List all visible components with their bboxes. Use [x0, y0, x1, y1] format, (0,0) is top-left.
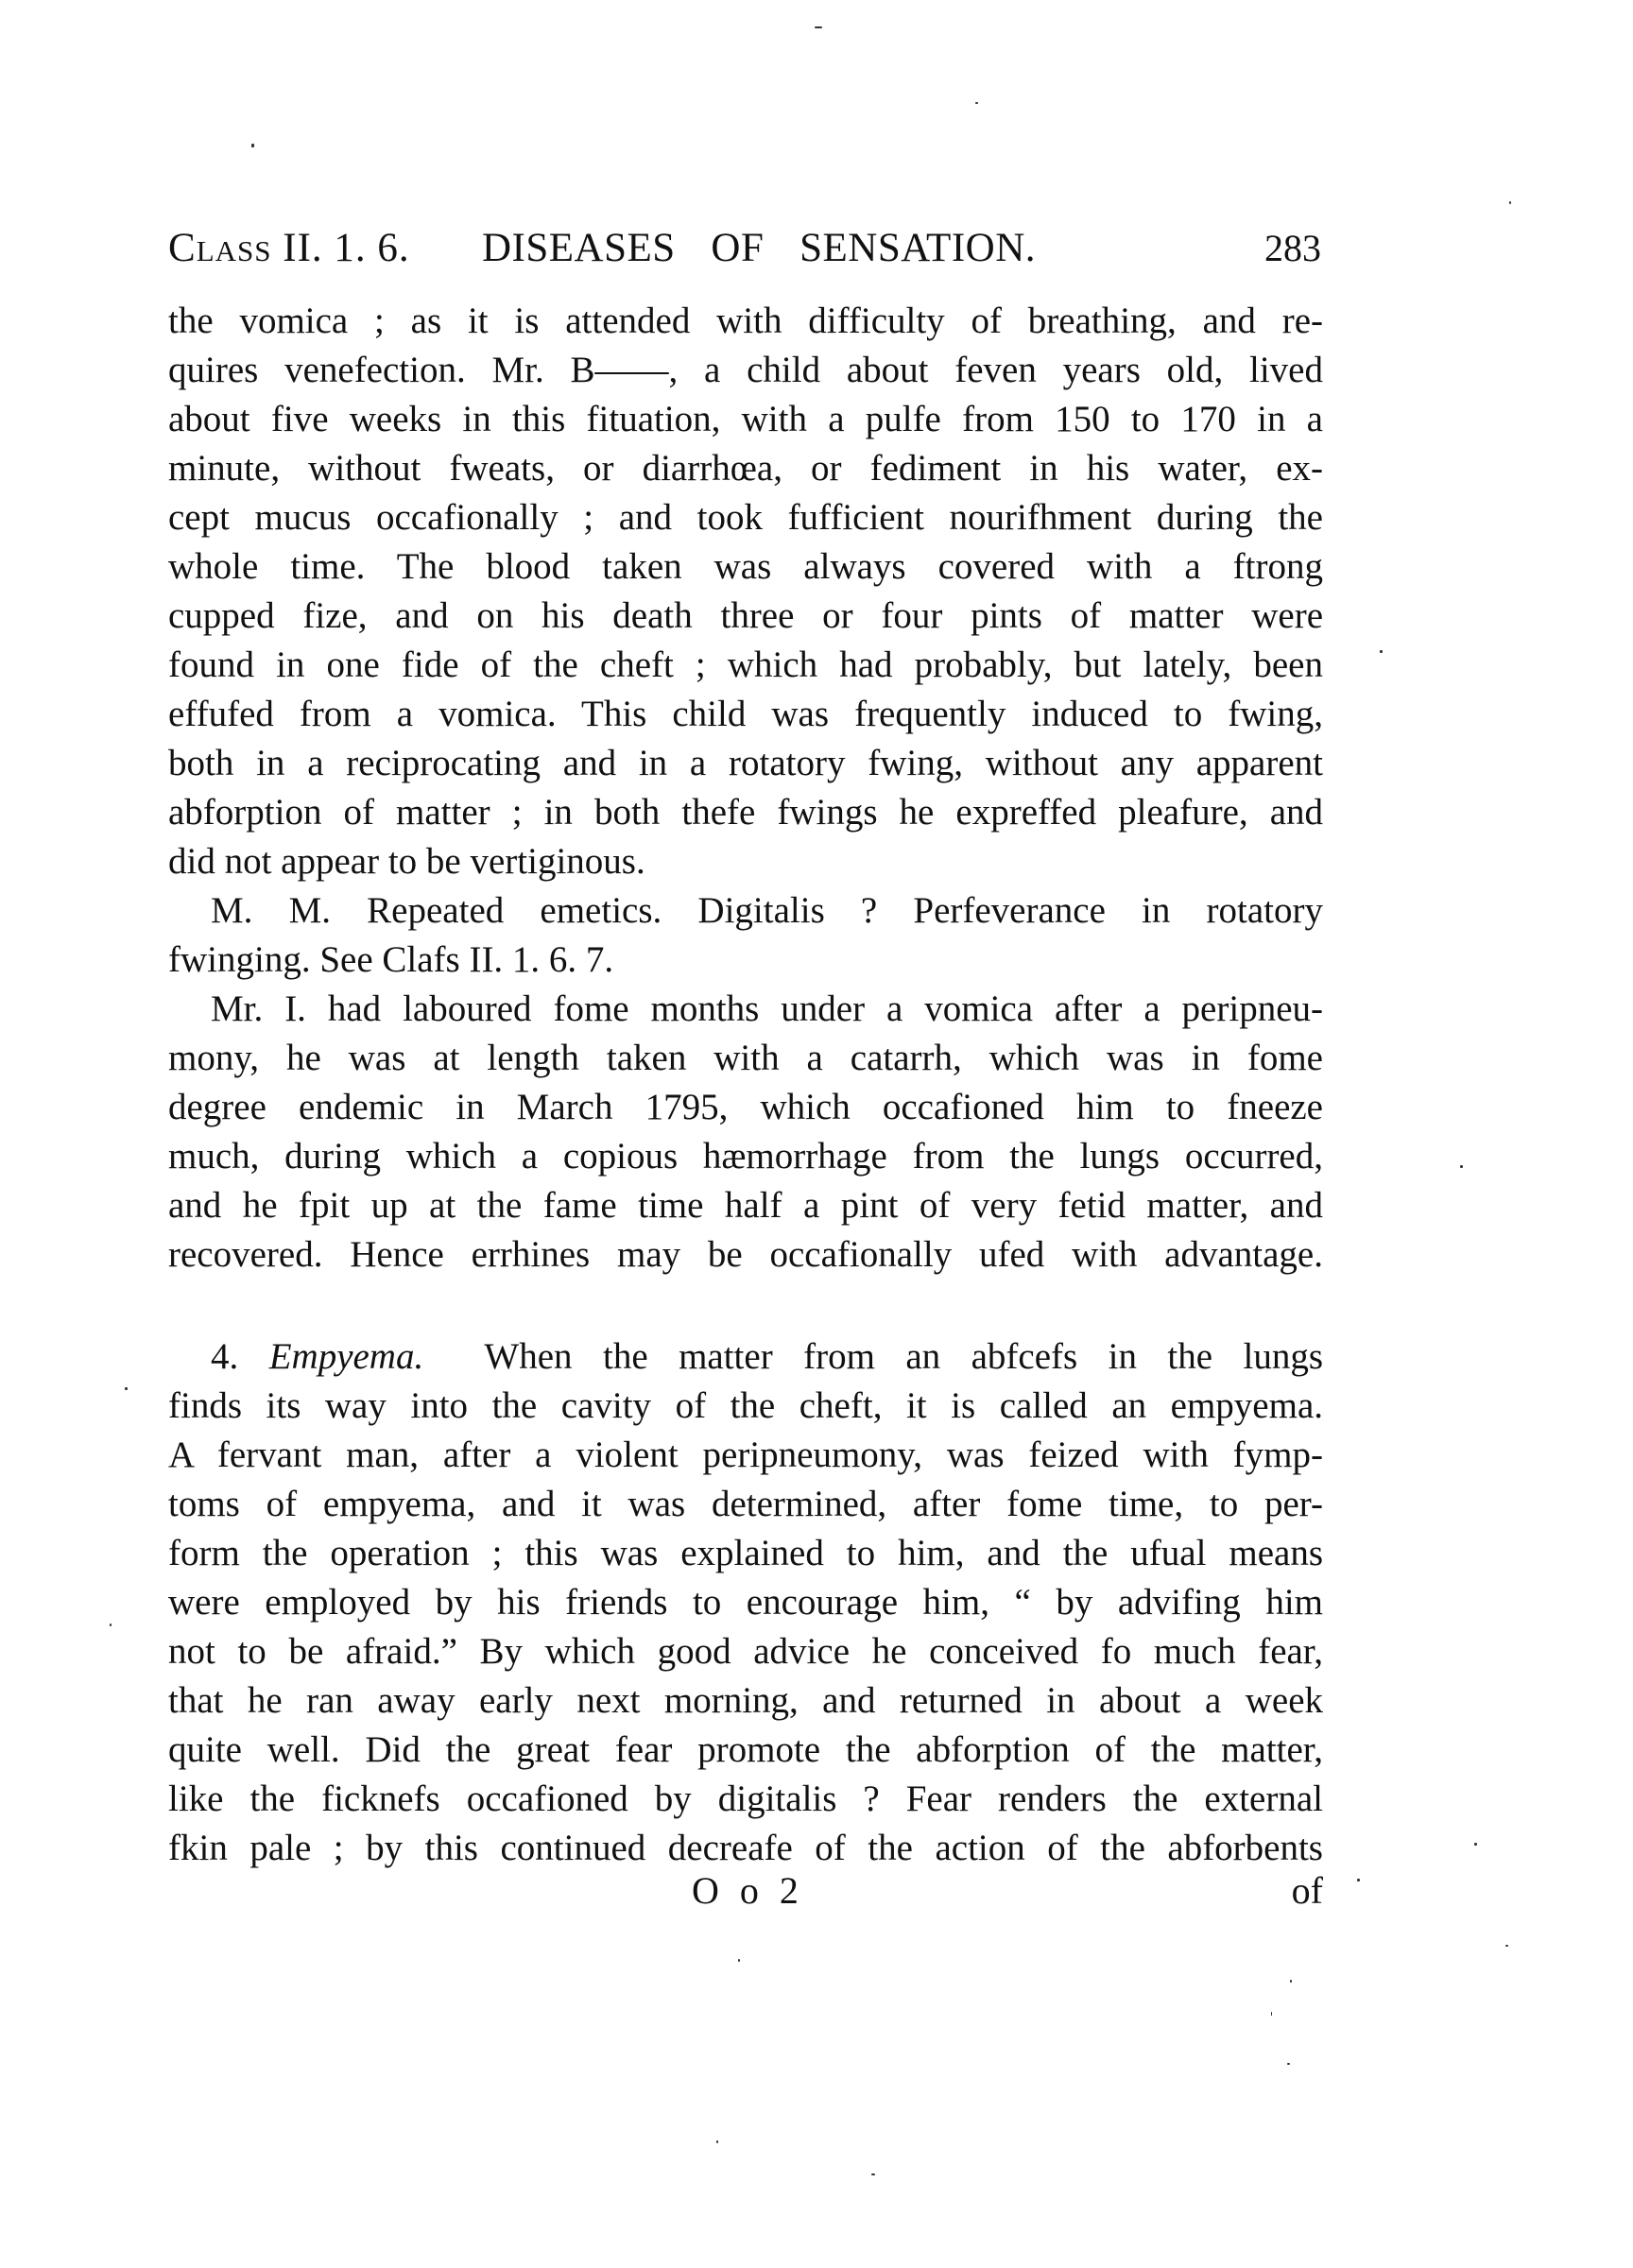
book-page: CLASS II. 1. 6. DISEASES OF SENSATION. 2… — [0, 0, 1633, 2268]
text-line: whole time. The blood taken was always c… — [168, 542, 1323, 592]
scan-speck — [871, 2173, 875, 2175]
text-line: the vomica ; as it is attended with diff… — [168, 297, 1323, 346]
text-line: recovered. Hence errhines may be occafio… — [168, 1230, 1323, 1280]
scan-speck — [1380, 650, 1383, 653]
text-line: finds its way into the cavity of the che… — [168, 1382, 1323, 1431]
text-line: like the ficknefs occafioned by digitali… — [168, 1775, 1323, 1824]
text-line: abforption of matter ; in both thefe fwi… — [168, 788, 1323, 837]
scan-speck — [738, 1959, 740, 1962]
scan-speck — [1460, 1165, 1463, 1168]
section-prefix-smallcaps: LASS — [197, 234, 272, 267]
section-prefix-capital: C — [168, 226, 197, 270]
text-line: that he ran away early next morning, and… — [168, 1676, 1323, 1726]
text-line: toms of empyema, and it was determined, … — [168, 1480, 1323, 1529]
text-line: quite well. Did the great fear promote t… — [168, 1726, 1323, 1775]
text-line: both in a reciprocating and in a rotator… — [168, 739, 1323, 788]
scan-speck — [975, 102, 978, 104]
section-number: II. 1. 6. — [272, 226, 410, 270]
scan-speck — [716, 2140, 718, 2143]
scan-speck — [1474, 1843, 1477, 1846]
scan-speck — [125, 1387, 128, 1390]
text-line: mony, he was at length taken with a cata… — [168, 1034, 1323, 1083]
text-line: minute, without fweats, or diarrhœa, or … — [168, 444, 1323, 493]
text-line: and he fpit up at the fame time half a p… — [168, 1181, 1323, 1230]
text-line: effufed from a vomica. This child was fr… — [168, 690, 1323, 739]
running-head: CLASS II. 1. 6. DISEASES OF SENSATION. 2… — [168, 225, 1323, 272]
section-number: 4. — [211, 1336, 238, 1377]
scan-speck — [1287, 2063, 1290, 2065]
text-line: were employed by his friends to encourag… — [168, 1578, 1323, 1627]
text-line: fwinging. See Clafs II. 1. 6. 7. — [168, 936, 1323, 985]
scan-speck — [1290, 1980, 1292, 1983]
catchword: of — [1292, 1867, 1323, 1915]
section-term: Empyema. — [269, 1336, 424, 1377]
section-heading-line: 4. Empyema. When the matter from an abfc… — [211, 1332, 1323, 1382]
text-line: found in one fide of the cheft ; which h… — [168, 641, 1323, 690]
text-line: M. M. Repeated emetics. Digitalis ? Perf… — [211, 886, 1323, 936]
text-line: cupped fize, and on his death three or f… — [168, 592, 1323, 641]
scan-speck — [1509, 201, 1511, 204]
signature-mark: O o 2 — [692, 1867, 804, 1915]
scan-speck — [1271, 2012, 1272, 2016]
scan-speck — [815, 26, 822, 28]
text-line: A fervant man, after a violent peripneum… — [168, 1431, 1323, 1480]
text-line: about five weeks in this fituation, with… — [168, 395, 1323, 444]
text-line: degree endemic in March 1795, which occa… — [168, 1083, 1323, 1132]
text-line: cept mucus occafionally ; and took fuffi… — [168, 493, 1323, 542]
text-line: quires venefection. Mr. B——, a child abo… — [168, 346, 1323, 395]
text-line: form the operation ; this was explained … — [168, 1529, 1323, 1578]
text-line: fkin pale ; by this continued decreafe o… — [168, 1824, 1323, 1873]
text-line: Mr. I. had laboured fome months under a … — [211, 985, 1323, 1034]
running-head-section: CLASS II. 1. 6. — [168, 225, 410, 275]
running-head-title: DISEASES OF SENSATION. — [482, 225, 1036, 272]
scan-speck — [110, 1624, 112, 1626]
scan-speck — [1357, 1879, 1360, 1881]
scan-speck — [251, 144, 254, 147]
scan-speck — [1505, 1945, 1508, 1947]
text-line: much, during which a copious hæmorrhage … — [168, 1132, 1323, 1181]
text-run: When the matter from an abfcefs in the l… — [484, 1336, 1323, 1377]
text-line: did not appear to be vertiginous. — [168, 837, 1323, 886]
page-number: 283 — [1264, 225, 1321, 272]
text-line: not to be afraid.” By which good advice … — [168, 1627, 1323, 1676]
